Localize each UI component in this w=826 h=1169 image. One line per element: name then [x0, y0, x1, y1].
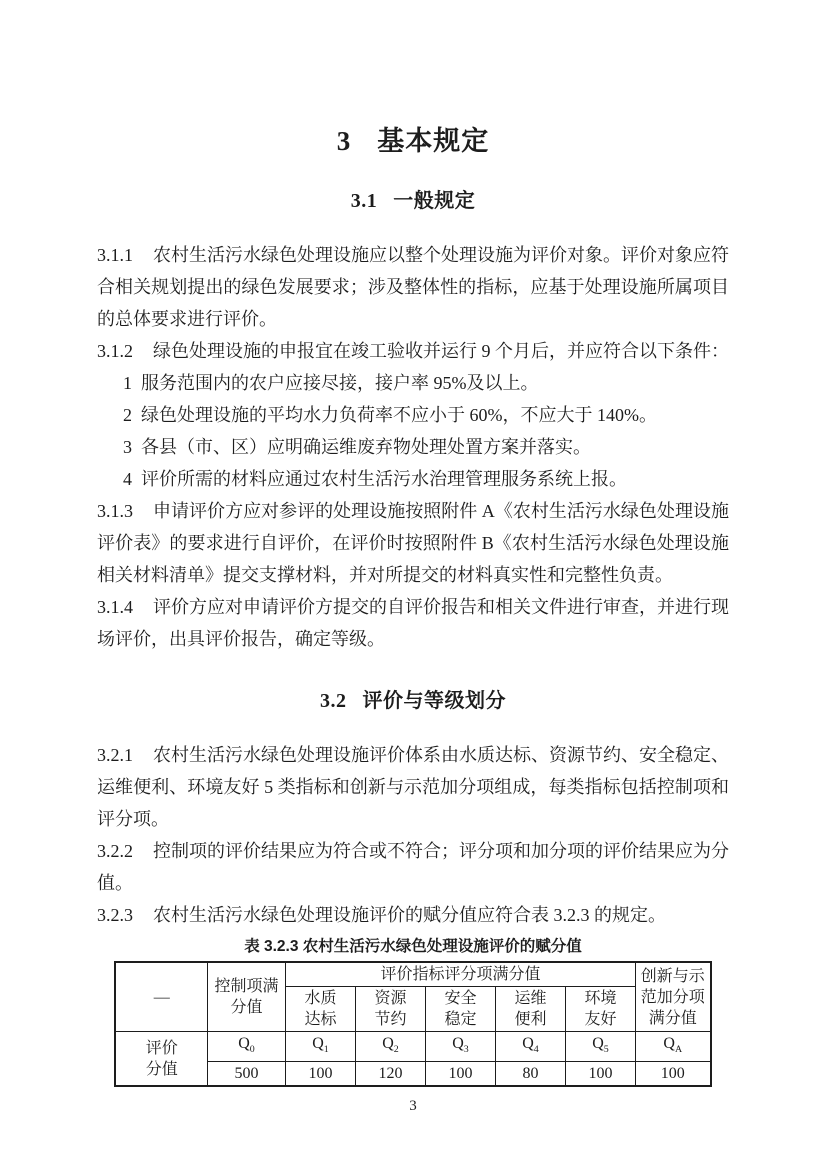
score-table: — 控制项满 分值 评价指标评分项满分值 创新与示 范加分项 满分值 水质 达标… [114, 961, 711, 1087]
symbol-sub: 3 [464, 1044, 469, 1055]
list-item-text: 各县（市、区）应明确运维废弃物处理处置方案并落实。 [141, 437, 591, 457]
table-row-label-cell: 评价 分值 [115, 1032, 207, 1087]
chapter-heading: 3基本规定 [97, 0, 729, 155]
value-water-quality: 100 [285, 1062, 355, 1087]
section-3-2-title: 评价与等级划分 [363, 690, 507, 712]
clause-3-1-3: 3.1.3申请评价方应对参评的处理设施按照附件 A《农村生活污水绿色处理设施评价… [97, 495, 729, 591]
symbol-base: Q [238, 1035, 250, 1052]
table-bonus-header-cell: 创新与示 范加分项 满分值 [636, 962, 711, 1032]
clause-3-2-1: 3.2.1农村生活污水绿色处理设施评价体系由水质达标、资源节约、安全稳定、运维便… [97, 739, 729, 835]
clause-3-1-2-list: 1服务范围内的农户应接尽接，接户率 95%及以上。 2绿色处理设施的平均水力负荷… [97, 367, 729, 495]
table-group-header-cell: 评价指标评分项满分值 [285, 962, 635, 987]
table-subheader-water-quality: 水质 达标 [285, 987, 355, 1032]
chapter-number: 3 [337, 126, 352, 156]
section-heading-3-2: 3.2评价与等级划分 [97, 691, 729, 711]
clause-text: 农村生活污水绿色处理设施评价的赋分值应符合表 3.2.3 的规定。 [153, 905, 666, 925]
symbol-base: Q [522, 1035, 534, 1052]
list-item-3: 3各县（市、区）应明确运维废弃物处理处置方案并落实。 [123, 431, 729, 463]
clause-number: 3.2.1 [97, 745, 133, 765]
page-number: 3 [97, 1099, 729, 1114]
clause-3-1-1: 3.1.1农村生活污水绿色处理设施应以整个处理设施为评价对象。评价对象应符合相关… [97, 239, 729, 335]
list-item-number: 1 [123, 373, 132, 393]
symbol-base: Q [382, 1035, 394, 1052]
clause-number: 3.1.2 [97, 341, 133, 361]
clause-number: 3.2.3 [97, 905, 133, 925]
table-subheader-operation-convenience: 运维 便利 [495, 987, 565, 1032]
chapter-title: 基本规定 [377, 126, 489, 156]
symbol-q0-cell: Q0 [207, 1032, 285, 1062]
symbol-sub: 1 [324, 1044, 329, 1055]
symbol-q5-cell: Q5 [565, 1032, 635, 1062]
symbol-q3-cell: Q3 [425, 1032, 495, 1062]
list-item-number: 3 [123, 437, 132, 457]
table-subheader-safety-stability: 安全 稳定 [425, 987, 495, 1032]
clause-number: 3.1.4 [97, 597, 133, 617]
list-item-2: 2绿色处理设施的平均水力负荷率不应小于 60%，不应大于 140%。 [123, 399, 729, 431]
list-item-text: 绿色处理设施的平均水力负荷率不应小于 60%，不应大于 140%。 [141, 405, 657, 425]
clause-3-1-4: 3.1.4评价方应对申请评价方提交的自评价报告和相关文件进行审查，并进行现场评价… [97, 591, 729, 655]
clause-3-2-2: 3.2.2控制项的评价结果应为符合或不符合；评分项和加分项的评价结果应为分值。 [97, 835, 729, 899]
table-control-max-header-cell: 控制项满 分值 [207, 962, 285, 1032]
value-environment-friendly: 100 [565, 1062, 635, 1087]
clause-number: 3.2.2 [97, 841, 133, 861]
symbol-q1-cell: Q1 [285, 1032, 355, 1062]
section-3-1-number: 3.1 [351, 190, 378, 212]
list-item-1: 1服务范围内的农户应接尽接，接户率 95%及以上。 [123, 367, 729, 399]
section-heading-3-1: 3.1一般规定 [97, 191, 729, 211]
symbol-base: Q [312, 1035, 324, 1052]
symbol-sub: A [675, 1044, 682, 1055]
clause-number: 3.1.3 [97, 501, 133, 521]
value-operation-convenience: 80 [495, 1062, 565, 1087]
value-bonus: 100 [636, 1062, 711, 1087]
clause-text: 农村生活污水绿色处理设施评价体系由水质达标、资源节约、安全稳定、运维便利、环境友… [97, 745, 729, 829]
symbol-sub: 2 [394, 1044, 399, 1055]
clause-text: 申请评价方应对参评的处理设施按照附件 A《农村生活污水绿色处理设施评价表》的要求… [97, 501, 729, 585]
symbol-qa-cell: QA [636, 1032, 711, 1062]
section-3-2-number: 3.2 [320, 690, 347, 712]
value-control-max: 500 [207, 1062, 285, 1087]
list-item-4: 4评价所需的材料应通过农村生活污水治理管理服务系统上报。 [123, 463, 729, 495]
table-subheader-resource-saving: 资源 节约 [355, 987, 425, 1032]
symbol-sub: 4 [534, 1044, 539, 1055]
list-item-text: 评价所需的材料应通过农村生活污水治理管理服务系统上报。 [141, 469, 627, 489]
table-subheader-environment-friendly: 环境 友好 [565, 987, 635, 1032]
value-resource-saving: 120 [355, 1062, 425, 1087]
document-page: 3基本规定 3.1一般规定 3.1.1农村生活污水绿色处理设施应以整个处理设施为… [0, 0, 826, 1169]
clause-3-1-2: 3.1.2绿色处理设施的申报宜在竣工验收并运行 9 个月后，并应符合以下条件： [97, 335, 729, 367]
symbol-base: Q [663, 1035, 675, 1052]
symbol-base: Q [452, 1035, 464, 1052]
clause-number: 3.1.1 [97, 245, 133, 265]
table-caption: 表 3.2.3 农村生活污水绿色处理设施评价的赋分值 [97, 937, 729, 957]
page-content: 3基本规定 3.1一般规定 3.1.1农村生活污水绿色处理设施应以整个处理设施为… [0, 0, 826, 1114]
clause-text: 控制项的评价结果应为符合或不符合；评分项和加分项的评价结果应为分值。 [97, 841, 729, 893]
list-item-number: 2 [123, 405, 132, 425]
symbol-sub: 5 [604, 1044, 609, 1055]
clause-text: 农村生活污水绿色处理设施应以整个处理设施为评价对象。评价对象应符合相关规划提出的… [97, 245, 729, 329]
symbol-base: Q [592, 1035, 604, 1052]
clause-text: 评价方应对申请评价方提交的自评价报告和相关文件进行审查，并进行现场评价，出具评价… [97, 597, 729, 649]
list-item-number: 4 [123, 469, 132, 489]
table-corner-dash-cell: — [115, 962, 207, 1032]
symbol-q2-cell: Q2 [355, 1032, 425, 1062]
symbol-sub: 0 [250, 1044, 255, 1055]
value-safety-stability: 100 [425, 1062, 495, 1087]
symbol-q4-cell: Q4 [495, 1032, 565, 1062]
clause-3-2-3: 3.2.3农村生活污水绿色处理设施评价的赋分值应符合表 3.2.3 的规定。 [97, 899, 729, 931]
list-item-text: 服务范围内的农户应接尽接，接户率 95%及以上。 [141, 373, 539, 393]
section-3-1-title: 一般规定 [393, 190, 475, 212]
clause-text: 绿色处理设施的申报宜在竣工验收并运行 9 个月后，并应符合以下条件： [153, 341, 729, 361]
